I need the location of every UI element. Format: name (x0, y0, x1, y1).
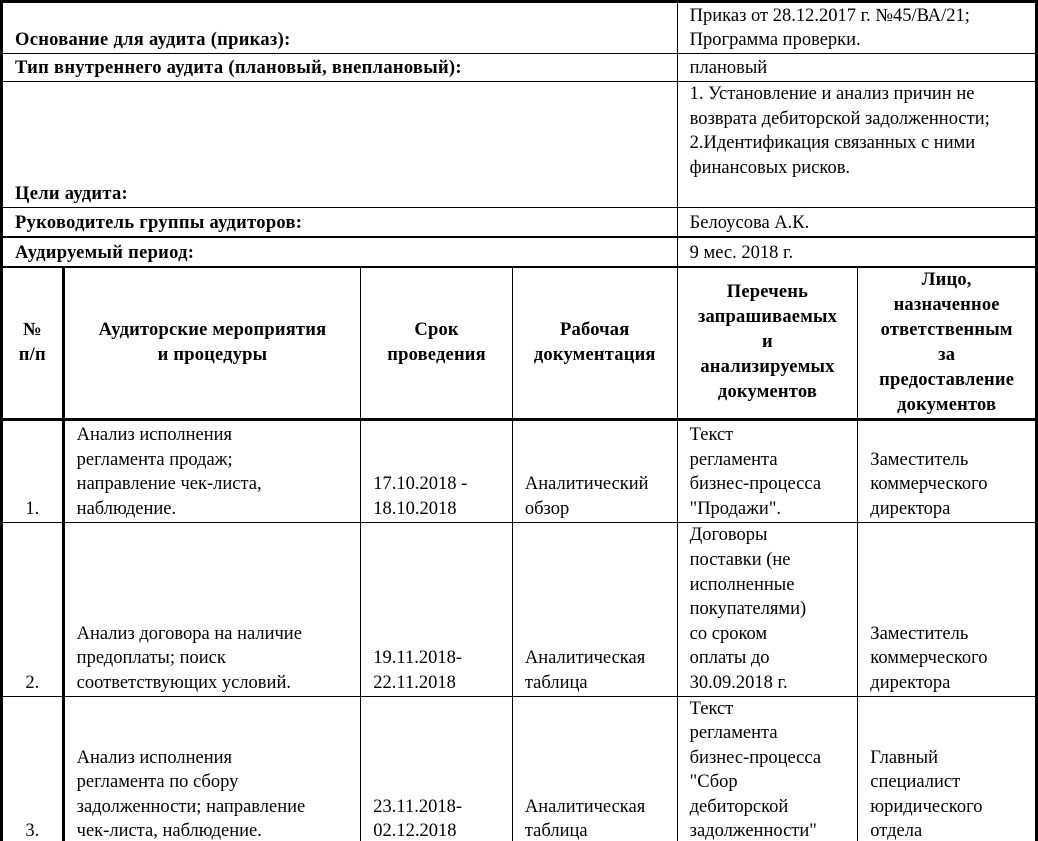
audit-document: Основание для аудита (приказ): Приказ от… (0, 0, 1038, 841)
basis-value: Приказ от 28.12.2017 г. №45/ВА/21; Прогр… (677, 2, 1036, 54)
row-number: 1. (2, 419, 64, 522)
basis-label: Основание для аудита (приказ): (2, 2, 678, 54)
col-header-period: Срок проведения (361, 267, 513, 420)
audit-type-label: Тип внутреннего аудита (плановый, внепла… (2, 54, 678, 82)
row-period: 19.11.2018- 22.11.2018 (361, 522, 513, 696)
row-activity: Анализ договора на наличие предоплаты; п… (63, 522, 361, 696)
row-working-docs: Аналитический обзор (512, 419, 677, 522)
goals-label: Цели аудита: (2, 82, 678, 208)
table-row: 3. Анализ исполнения регламента по сбору… (2, 696, 1037, 841)
col-header-responsible: Лицо, назначенное ответственным за предо… (858, 267, 1037, 420)
table-row: 1. Анализ исполнения регламента продаж; … (2, 419, 1037, 522)
info-row-period: Аудируемый период: 9 мес. 2018 г. (2, 237, 1037, 267)
table-row: 2. Анализ договора на наличие предоплаты… (2, 522, 1037, 696)
row-requested-docs: Договоры поставки (не исполненные покупа… (677, 522, 858, 696)
row-activity: Анализ исполнения регламента по сбору за… (63, 696, 361, 841)
row-requested-docs: Текст регламента бизнес-процесса "Продаж… (677, 419, 858, 522)
info-row-basis: Основание для аудита (приказ): Приказ от… (2, 2, 1037, 54)
audit-type-value: плановый (677, 54, 1036, 82)
row-number: 2. (2, 522, 64, 696)
row-responsible: Главный специалист юридического отдела (858, 696, 1037, 841)
lead-auditor-value: Белоусова А.К. (677, 208, 1036, 237)
row-working-docs: Аналитическая таблица (512, 522, 677, 696)
goals-value: 1. Установление и анализ причин не возвр… (677, 82, 1036, 208)
info-row-goals: Цели аудита: 1. Установление и анализ пр… (2, 82, 1037, 208)
col-header-requested-docs: Перечень запрашиваемых и анализируемых д… (677, 267, 858, 420)
audited-period-label: Аудируемый период: (2, 237, 678, 267)
col-header-working-docs: Рабочая документация (512, 267, 677, 420)
info-row-audit-type: Тип внутреннего аудита (плановый, внепла… (2, 54, 1037, 82)
row-working-docs: Аналитическая таблица (512, 696, 677, 841)
row-responsible: Заместитель коммерческого директора (858, 419, 1037, 522)
row-requested-docs: Текст регламента бизнес-процесса "Сбор д… (677, 696, 858, 841)
row-responsible: Заместитель коммерческого директора (858, 522, 1037, 696)
row-activity: Анализ исполнения регламента продаж; нап… (63, 419, 361, 522)
col-header-activities: Аудиторские мероприятия и процедуры (63, 267, 361, 420)
row-period: 23.11.2018- 02.12.2018 (361, 696, 513, 841)
row-number: 3. (2, 696, 64, 841)
row-period: 17.10.2018 - 18.10.2018 (361, 419, 513, 522)
info-row-lead-auditor: Руководитель группы аудиторов: Белоусова… (2, 208, 1037, 237)
table-header-row: № п/п Аудиторские мероприятия и процедур… (2, 267, 1037, 420)
audited-period-value: 9 мес. 2018 г. (677, 237, 1036, 267)
col-header-number: № п/п (2, 267, 64, 420)
lead-auditor-label: Руководитель группы аудиторов: (2, 208, 678, 237)
